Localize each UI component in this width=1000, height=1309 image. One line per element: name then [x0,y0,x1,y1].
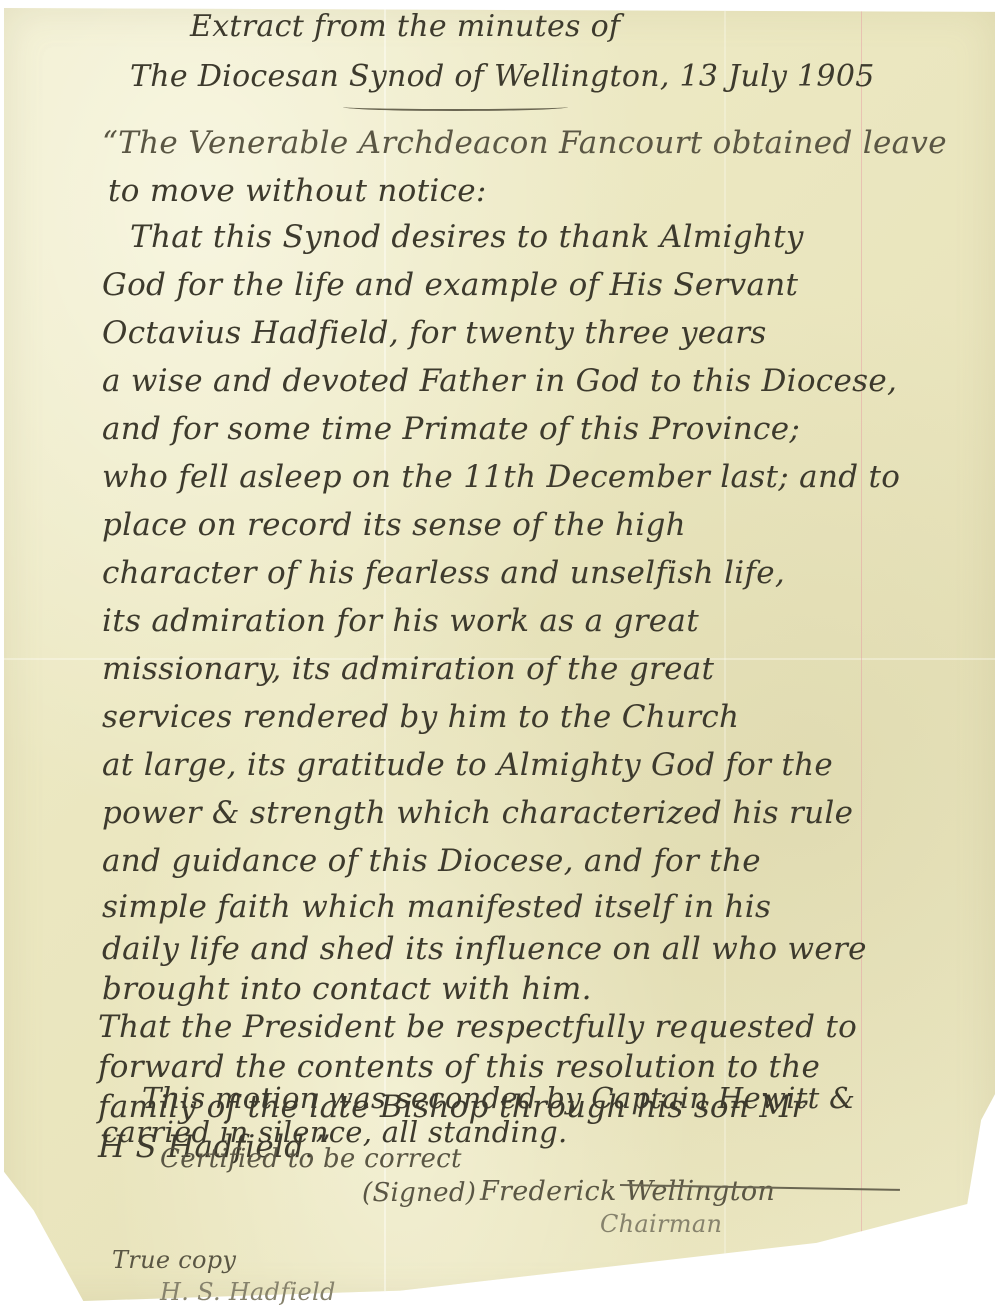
seconded-line-1: This motion was seconded by Captain Hewi… [142,1084,855,1113]
body-line: character of his fearless and unselfish … [102,558,785,589]
true-copy-label: True copy [112,1248,236,1272]
body-line: forward the contents of this resolution … [98,1052,820,1083]
signatory-title: Chairman [600,1212,722,1236]
body-line: daily life and shed its influence on all… [102,934,867,965]
body-line: simple faith which manifested itself in … [102,892,771,923]
body-line: its admiration for his work as a great [102,606,699,637]
certified-text: Certified to be correct [160,1146,462,1172]
body-line: “The Venerable Archdeacon Fancourt obtai… [102,128,947,159]
true-copy-signature: H. S. Hadfield [160,1280,336,1304]
signed-label: (Signed) [362,1180,476,1206]
body-line: power & strength which characterized his… [102,798,853,829]
body-line: Octavius Hadfield, for twenty three year… [102,318,767,349]
seconded-line-2: carried in silence, all standing. [102,1118,568,1147]
body-line: at large, its gratitude to Almighty God … [102,750,833,781]
signatory-name: Frederick Wellington [480,1178,775,1205]
body-line: That this Synod desires to thank Almight… [130,222,804,253]
margin-rule [861,8,862,1301]
body-line: and for some time Primate of this Provin… [102,414,800,445]
body-line: That the President be respectfully reque… [98,1012,857,1043]
torn-corner [785,1203,975,1273]
body-line: and guidance of this Diocese, and for th… [102,846,761,877]
heading-underline [343,103,568,111]
body-line: place on record its sense of the high [102,510,686,541]
body-line: to move without notice: [108,176,487,207]
heading-line-2: The Diocesan Synod of Wellington, 13 Jul… [130,62,875,92]
body-line: brought into contact with him. [102,974,592,1005]
body-line: missionary, its admiration of the great [102,654,714,685]
body-line: services rendered by him to the Church [102,702,739,733]
body-line: God for the life and example of His Serv… [102,270,798,301]
body-line: a wise and devoted Father in God to this… [102,366,897,397]
body-line: who fell asleep on the 11th December las… [102,462,900,493]
heading-line-1: Extract from the minutes of [190,12,620,42]
